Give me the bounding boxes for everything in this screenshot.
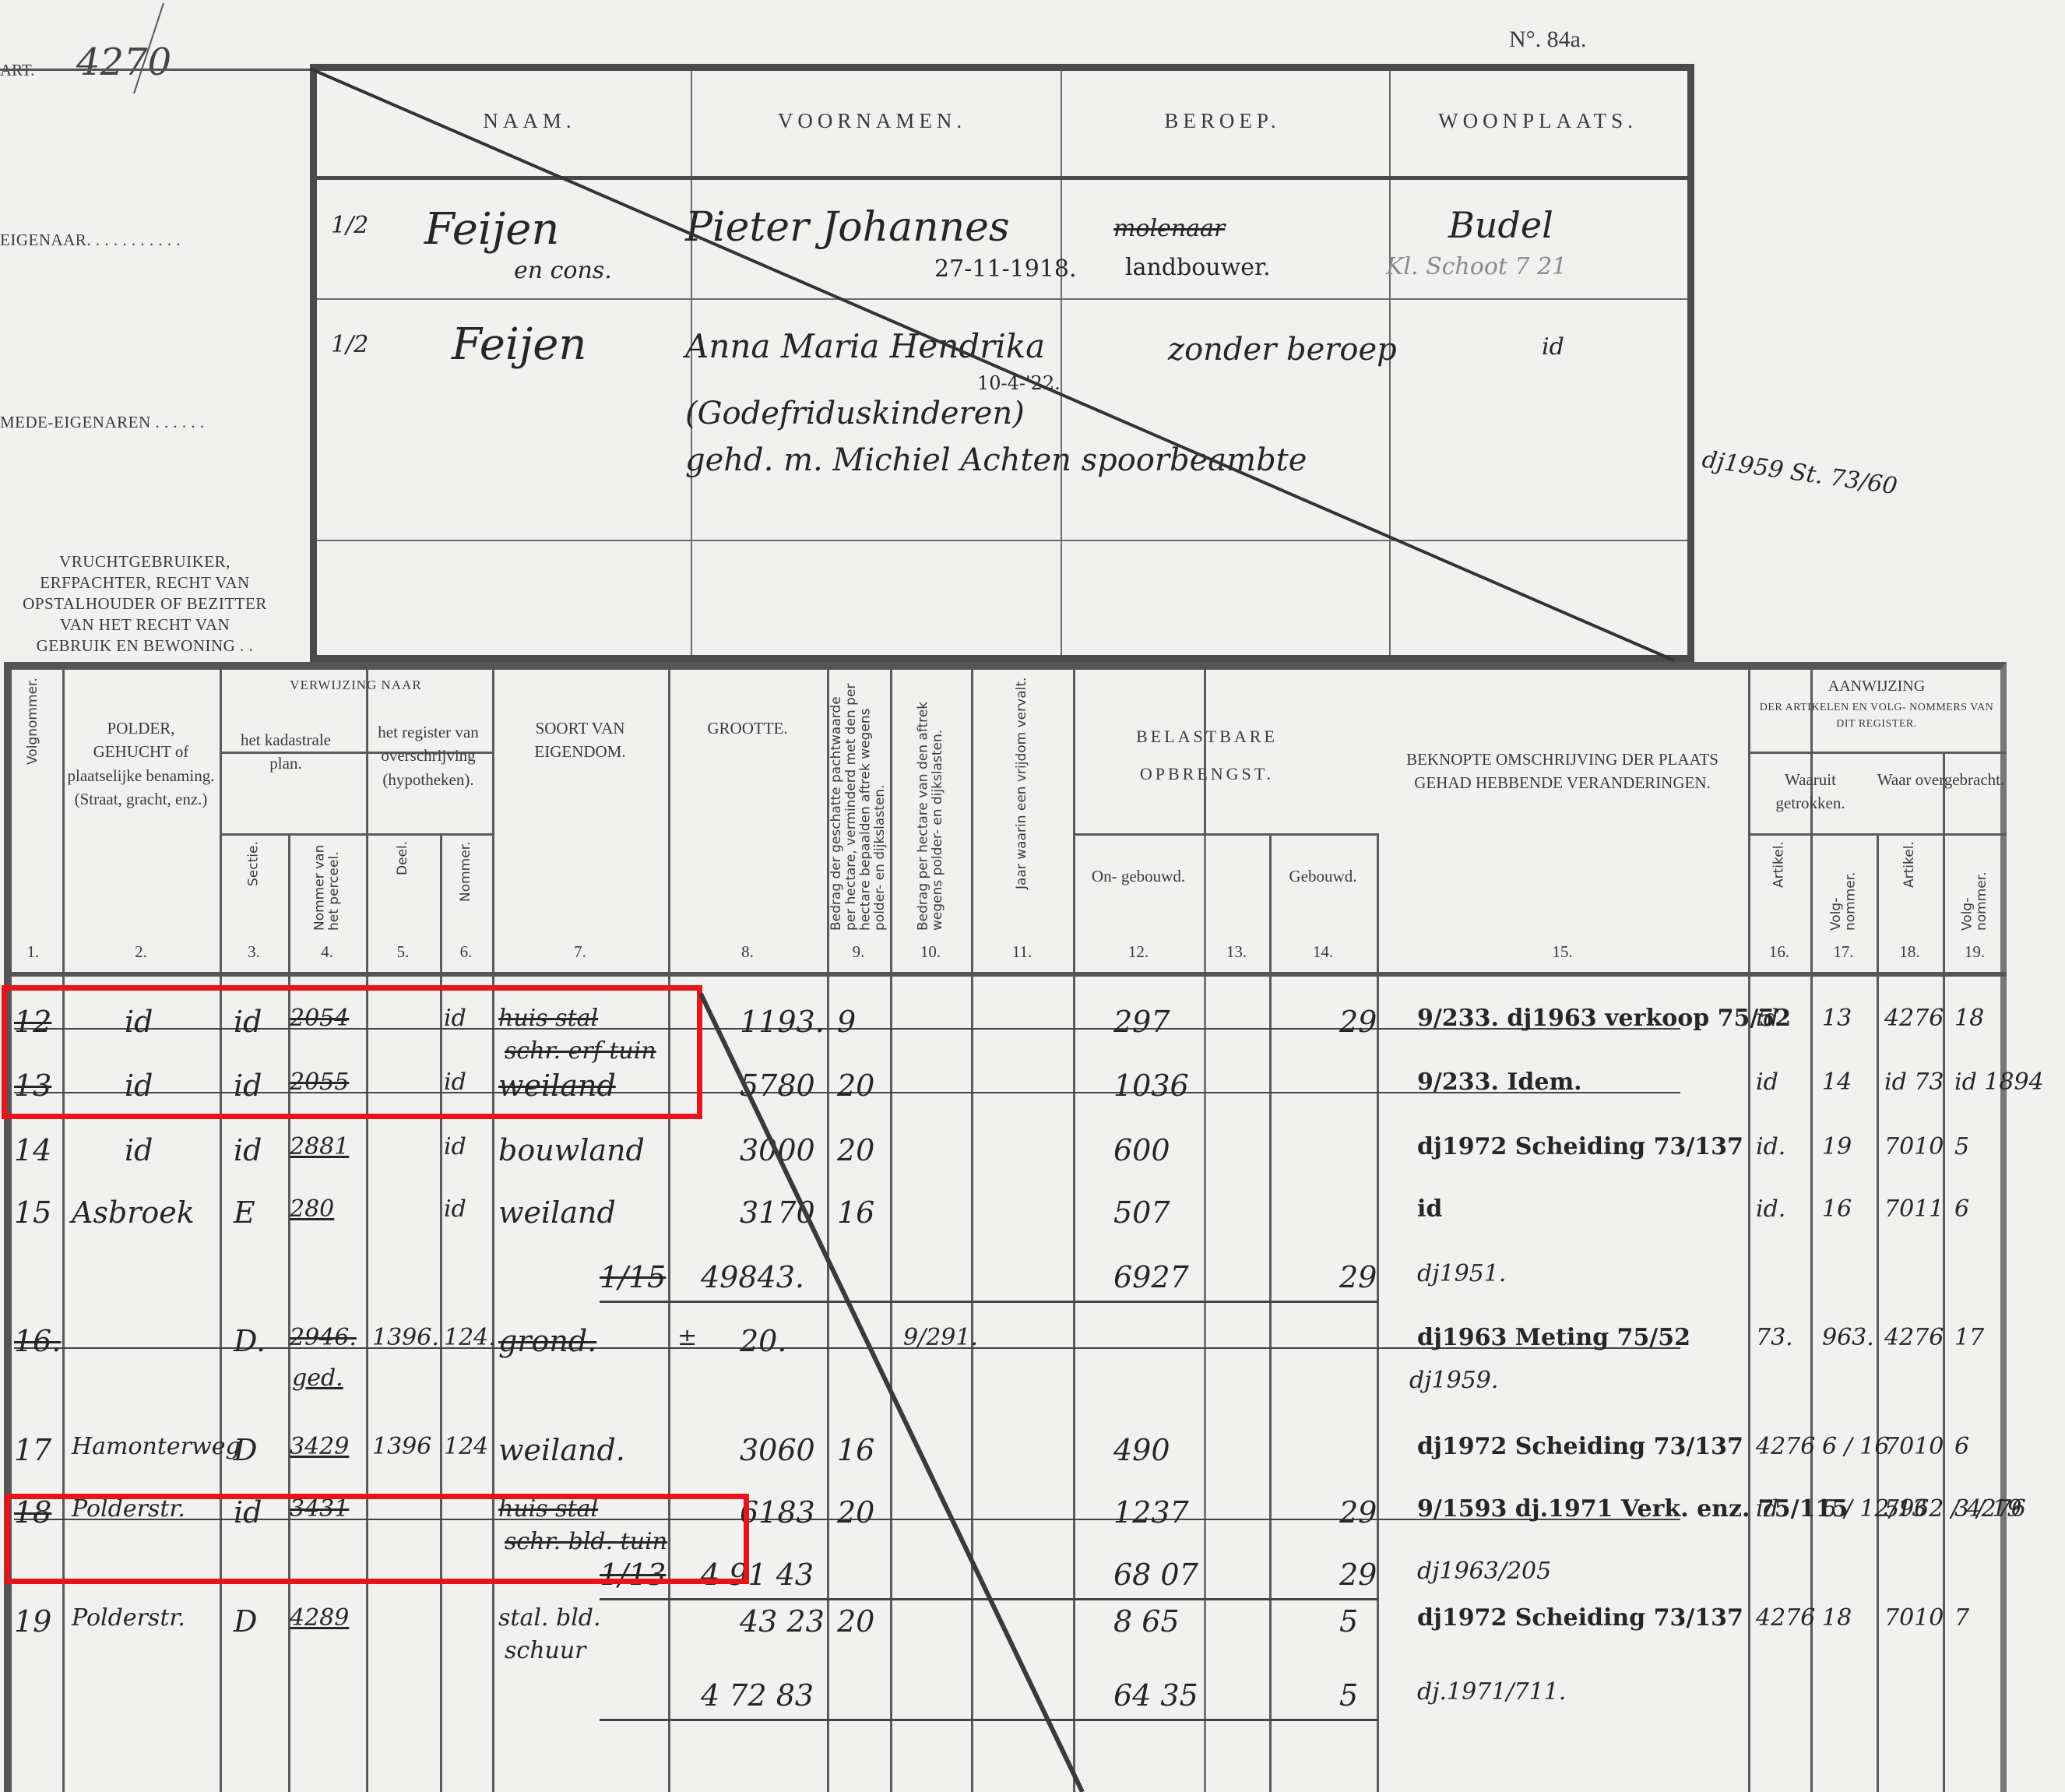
row-grootte: 20.: [740, 1324, 786, 1358]
row-omschrijving: 9/1593 dj.1971 Verk. enz. 75/115: [1417, 1495, 1848, 1523]
row-volg-to: 6: [1954, 1433, 1969, 1460]
row-ongebouwd: 1237: [1113, 1495, 1189, 1530]
row-omschrijving: dj1972 Scheiding 73/137: [1417, 1433, 1743, 1460]
article-number: 4270: [76, 40, 171, 84]
row-volg-to: 7: [1954, 1604, 1969, 1632]
column-label-10: Bedrag per hectare van den aftrek wegens…: [895, 678, 966, 931]
owner1-name-suffix: en cons.: [514, 257, 612, 284]
group-header-kadastrale: het kadastrale plan.: [227, 728, 344, 776]
subtotal-label: 1/15: [600, 1260, 666, 1294]
group-header-waaruit: Waaruit getrokken.: [1752, 768, 1869, 815]
row-grootte: 5780: [740, 1069, 815, 1103]
row-artikel-to: 4276: [1884, 1324, 1944, 1351]
column-number-8: 8.: [668, 942, 827, 962]
subtotal-ongebouwd: 68 07: [1113, 1558, 1198, 1592]
subtotal-grootte: 49843.: [701, 1260, 804, 1294]
subtotal-grootte: 4 72 83: [701, 1678, 814, 1713]
column-label-9: Bedrag der geschatte pachtwaarde per hec…: [832, 678, 885, 931]
column-number-14: 14.: [1269, 942, 1377, 962]
row-nommer: 124: [444, 1433, 488, 1460]
column-label-1: Volgnommer.: [9, 678, 58, 931]
form-number: N°. 84a.: [1509, 26, 1586, 53]
row-perceel: 3429: [290, 1433, 349, 1460]
row-sectie: D: [234, 1433, 257, 1467]
column-number-5: 5.: [366, 942, 440, 962]
row-polder: Polderstr.: [72, 1604, 185, 1632]
subtotal-omschrijving: dj1963/205: [1417, 1558, 1551, 1585]
row-volg-from: 6 / 16: [1822, 1433, 1889, 1460]
header-woonplaats: WOONPLAATS.: [1386, 109, 1690, 133]
row-soort-2: schuur: [505, 1637, 586, 1664]
row-omschrijving: dj1972 Scheiding 73/137: [1417, 1133, 1743, 1160]
column-number-1: 1.: [4, 942, 62, 962]
owner2-note-children: (Godefriduskinderen): [685, 396, 1025, 431]
row-gebouwd: 29: [1339, 1005, 1377, 1039]
owner1-occupation: landbouwer.: [1125, 254, 1271, 281]
column-label-12: On- gebouwd.: [1078, 864, 1199, 888]
row-deel: 1396.: [372, 1324, 439, 1351]
row-ongebouwd: 297: [1113, 1005, 1170, 1039]
row-polder: id: [125, 1133, 153, 1167]
column-number-19: 19.: [1943, 942, 2007, 962]
header-naam: NAAM.: [389, 109, 670, 133]
owner1-first-names: Pieter Johannes: [685, 204, 1010, 251]
row-sectie: E: [234, 1195, 255, 1230]
column-number-7: 7.: [492, 942, 668, 962]
group-header-aanwijzing-sub: DER ARTIKELEN EN VOLG- NOMMERS VAN DIT R…: [1752, 699, 2001, 732]
row-volgnommer: 17: [14, 1433, 51, 1467]
column-label-15: BEKNOPTE OMSCHRIJVING DER PLAATS GEHAD H…: [1381, 748, 1743, 795]
row-ongebouwd: 8 65: [1113, 1604, 1180, 1639]
row-artikel-to: 4276: [1884, 1005, 1944, 1032]
column-number-15: 15.: [1377, 942, 1748, 962]
row-artikel-to: 7010: [1884, 1133, 1944, 1160]
column-number-13: 13.: [1204, 942, 1269, 962]
column-number-10: 10.: [890, 942, 971, 962]
column-number-9: 9.: [827, 942, 890, 962]
row-sectie: D: [234, 1604, 257, 1639]
row-klasse: 16: [837, 1195, 874, 1230]
row-perceel: 2946.: [290, 1324, 357, 1351]
row-klasse: 16: [837, 1433, 874, 1467]
row-polder: Hamonterweg: [72, 1433, 241, 1460]
header-voornamen: VOORNAMEN.: [685, 109, 1059, 133]
row-volg-to: 18: [1954, 1005, 1984, 1032]
row-klasse: 20: [837, 1133, 874, 1167]
row-ongebouwd: 490: [1113, 1433, 1170, 1467]
row-klasse: 20: [837, 1069, 874, 1103]
column-number-4: 4.: [288, 942, 366, 962]
row-volg-from: 18: [1822, 1604, 1852, 1632]
row-sectie: D.: [234, 1324, 266, 1358]
row-grootte: 1193.: [740, 1005, 825, 1039]
row-artikel-from: 4276: [1756, 1604, 1815, 1632]
owner1-residence-note: Kl. Schoot 7 21: [1386, 253, 1567, 280]
column-number-11: 11.: [971, 942, 1073, 962]
owner1-occupation-struck: molenaar: [1113, 215, 1225, 242]
row-gebouwd: 5: [1339, 1604, 1358, 1639]
row-artikel-from: id: [1756, 1069, 1778, 1096]
row-nommer: id: [444, 1133, 466, 1160]
row-perceel: 2881: [290, 1133, 349, 1160]
subtotal-gebouwd: 29: [1339, 1260, 1377, 1294]
row-volg-from: 963.: [1822, 1324, 1874, 1351]
row-soort: weiland: [498, 1195, 616, 1230]
row-volg-from: 16: [1822, 1195, 1852, 1223]
group-header-register: het register van overschrijving (hypothe…: [366, 720, 491, 791]
column-number-17: 17.: [1810, 942, 1877, 962]
subtotal-gebouwd: 29: [1339, 1558, 1377, 1592]
owner-label: EIGENAAR. . . . . . . . . . .: [0, 231, 181, 250]
owner1-share: 1/2: [331, 212, 368, 239]
row-ongebouwd: 1036: [1113, 1069, 1189, 1103]
row-grootte: 43 23: [740, 1604, 825, 1639]
row-sectie: id: [234, 1133, 262, 1167]
column-number-16: 16.: [1748, 942, 1810, 962]
row-volgnommer: 15: [14, 1195, 51, 1230]
row-vrijdom: 9/291.: [903, 1324, 978, 1351]
row-volg-to: 17: [1954, 1324, 1984, 1351]
row-volg-from: 19: [1822, 1133, 1852, 1160]
row-artikel-to: 7010: [1884, 1433, 1944, 1460]
row-grootte-prefix: ±: [677, 1324, 697, 1351]
column-label-11: Jaar waarin een vrijdom vervalt.: [976, 678, 1068, 931]
row-klasse: 20: [837, 1604, 874, 1639]
row-perceel: 4289: [290, 1604, 349, 1632]
row-volg-to: 6: [1954, 1195, 1969, 1223]
subtotal-omschrijving: dj1951.: [1417, 1260, 1506, 1287]
row-artikel-from: 73.: [1756, 1324, 1793, 1351]
row-nommer: id: [444, 1195, 466, 1223]
row-omschrijving: 9/233. dj1963 verkoop 75/52: [1417, 1005, 1791, 1032]
column-number-2: 2.: [62, 942, 220, 962]
row-artikel-from: id: [1756, 1005, 1778, 1032]
row-deel: 1396: [372, 1433, 431, 1460]
group-header-aanwijzing: AANWIJZING: [1748, 678, 2005, 695]
row-soort: stal. bld.: [498, 1604, 601, 1632]
column-label-16: Artikel.: [1753, 841, 1806, 931]
owner1-name: Feijen: [424, 204, 559, 255]
row-artikel-to: 7010: [1884, 1604, 1944, 1632]
row-artikel-from: 4276: [1756, 1433, 1815, 1460]
row-omschrijving: id: [1417, 1195, 1442, 1223]
column-label-8: GROOTTE.: [673, 716, 822, 740]
subtotal-gebouwd: 5: [1339, 1678, 1358, 1713]
row-volgnommer: 19: [14, 1604, 51, 1639]
owner2-share: 1/2: [331, 331, 368, 358]
row-volg-from: 14: [1822, 1069, 1852, 1096]
row-volg-to: 3 / 19: [1954, 1495, 2021, 1523]
subtotal-omschrijving: dj.1971/711.: [1417, 1678, 1566, 1706]
row-perceel-note: ged.: [292, 1364, 343, 1392]
subtotal-ongebouwd: 6927: [1113, 1260, 1189, 1294]
row-soort: bouwland: [498, 1133, 645, 1167]
column-label-3: Sectie.: [224, 841, 283, 931]
header-beroep: BEROEP.: [1059, 109, 1386, 133]
column-number-12: 12.: [1073, 942, 1204, 962]
owner2-date: 10-4-'22.: [977, 372, 1061, 394]
row-ongebouwd: 600: [1113, 1133, 1170, 1167]
row-artikel-from: id: [1756, 1495, 1778, 1523]
owner2-note-married: gehd. m. Michiel Achten spoorbeambte: [685, 442, 1307, 478]
row-volg-from: 13: [1822, 1005, 1852, 1032]
owner2-first-names: Anna Maria Hendrika: [685, 327, 1045, 365]
column-label-14: Gebouwd.: [1274, 864, 1372, 888]
row-volg-to: id 1894: [1954, 1069, 2044, 1096]
owner1-residence: Budel: [1448, 204, 1553, 246]
column-label-2: POLDER, GEHUCHT of plaatselijke benaming…: [67, 716, 215, 812]
column-number-6: 6.: [440, 942, 492, 962]
row-grootte: 6183: [740, 1495, 815, 1530]
owner2-occupation: zonder beroep: [1168, 332, 1397, 368]
row-omschrijving: 9/233. Idem.: [1417, 1069, 1582, 1096]
row-artikel-from: id.: [1756, 1195, 1785, 1223]
row-omschrijving: dj1963 Meting 75/52: [1417, 1324, 1690, 1351]
row-volgnommer: 14: [14, 1133, 51, 1167]
row-volg-to: 5: [1954, 1133, 1969, 1160]
row-soort: weiland.: [498, 1433, 625, 1467]
highlight-row-18: [5, 1494, 749, 1584]
row-gebouwd: 29: [1339, 1495, 1377, 1530]
column-label-7: SOORT VAN EIGENDOM.: [497, 716, 663, 764]
row-grootte: 3060: [740, 1433, 815, 1467]
row-nommer: 124.: [444, 1324, 496, 1351]
row-omschrijving-2: dj1959.: [1409, 1367, 1498, 1394]
owner2-residence: id: [1542, 333, 1564, 361]
column-label-6: Nommer.: [445, 841, 487, 931]
column-label-18: Artikel.: [1881, 841, 1938, 931]
group-header-verwijzing: VERWIJZING NAAR: [220, 678, 492, 693]
owner2-name: Feijen: [452, 319, 586, 370]
subtotal-ongebouwd: 64 35: [1113, 1678, 1198, 1713]
row-artikel-to: id 73: [1884, 1069, 1944, 1096]
group-header-waar: Waar overgebracht.: [1877, 768, 2005, 791]
column-label-4: Nommer van het perceel.: [293, 841, 361, 931]
column-number-3: 3.: [220, 942, 288, 962]
row-volgnommer: 16.: [14, 1324, 61, 1358]
row-grootte: 3170: [740, 1195, 815, 1230]
column-number-18: 18.: [1877, 942, 1943, 962]
owner1-date: 27-11-1918.: [934, 255, 1077, 283]
column-label-5: Deel.: [371, 841, 435, 931]
row-omschrijving: dj1972 Scheiding 73/137: [1417, 1604, 1743, 1632]
row-klasse: 20: [837, 1495, 874, 1530]
row-grootte: 3000: [740, 1133, 815, 1167]
group-header-belastbare: BELASTBARE OPBRENGST.: [1078, 718, 1335, 794]
row-artikel-from: id.: [1756, 1133, 1785, 1160]
row-soort: grond.: [498, 1324, 596, 1358]
row-ongebouwd: 507: [1113, 1195, 1170, 1230]
owner-margin-note: dj1959 St. 73/60: [1701, 446, 1899, 501]
highlight-rows-12-13: [2, 985, 702, 1119]
row-klasse: 9: [837, 1005, 856, 1039]
row-perceel: 280: [290, 1195, 334, 1223]
article-underline: [0, 69, 311, 71]
row-artikel-to: 7011: [1884, 1195, 1944, 1223]
co-owners-label: MEDE-EIGENAREN . . . . . .: [0, 413, 205, 432]
usufruct-label: VRUCHTGEBRUIKER, ERFPACHTER, RECHT VAN O…: [0, 551, 290, 657]
column-label-19: Volg- nommer.: [1947, 841, 2002, 931]
column-label-17: Volg- nommer.: [1815, 841, 1872, 931]
row-polder: Asbroek: [72, 1195, 195, 1230]
